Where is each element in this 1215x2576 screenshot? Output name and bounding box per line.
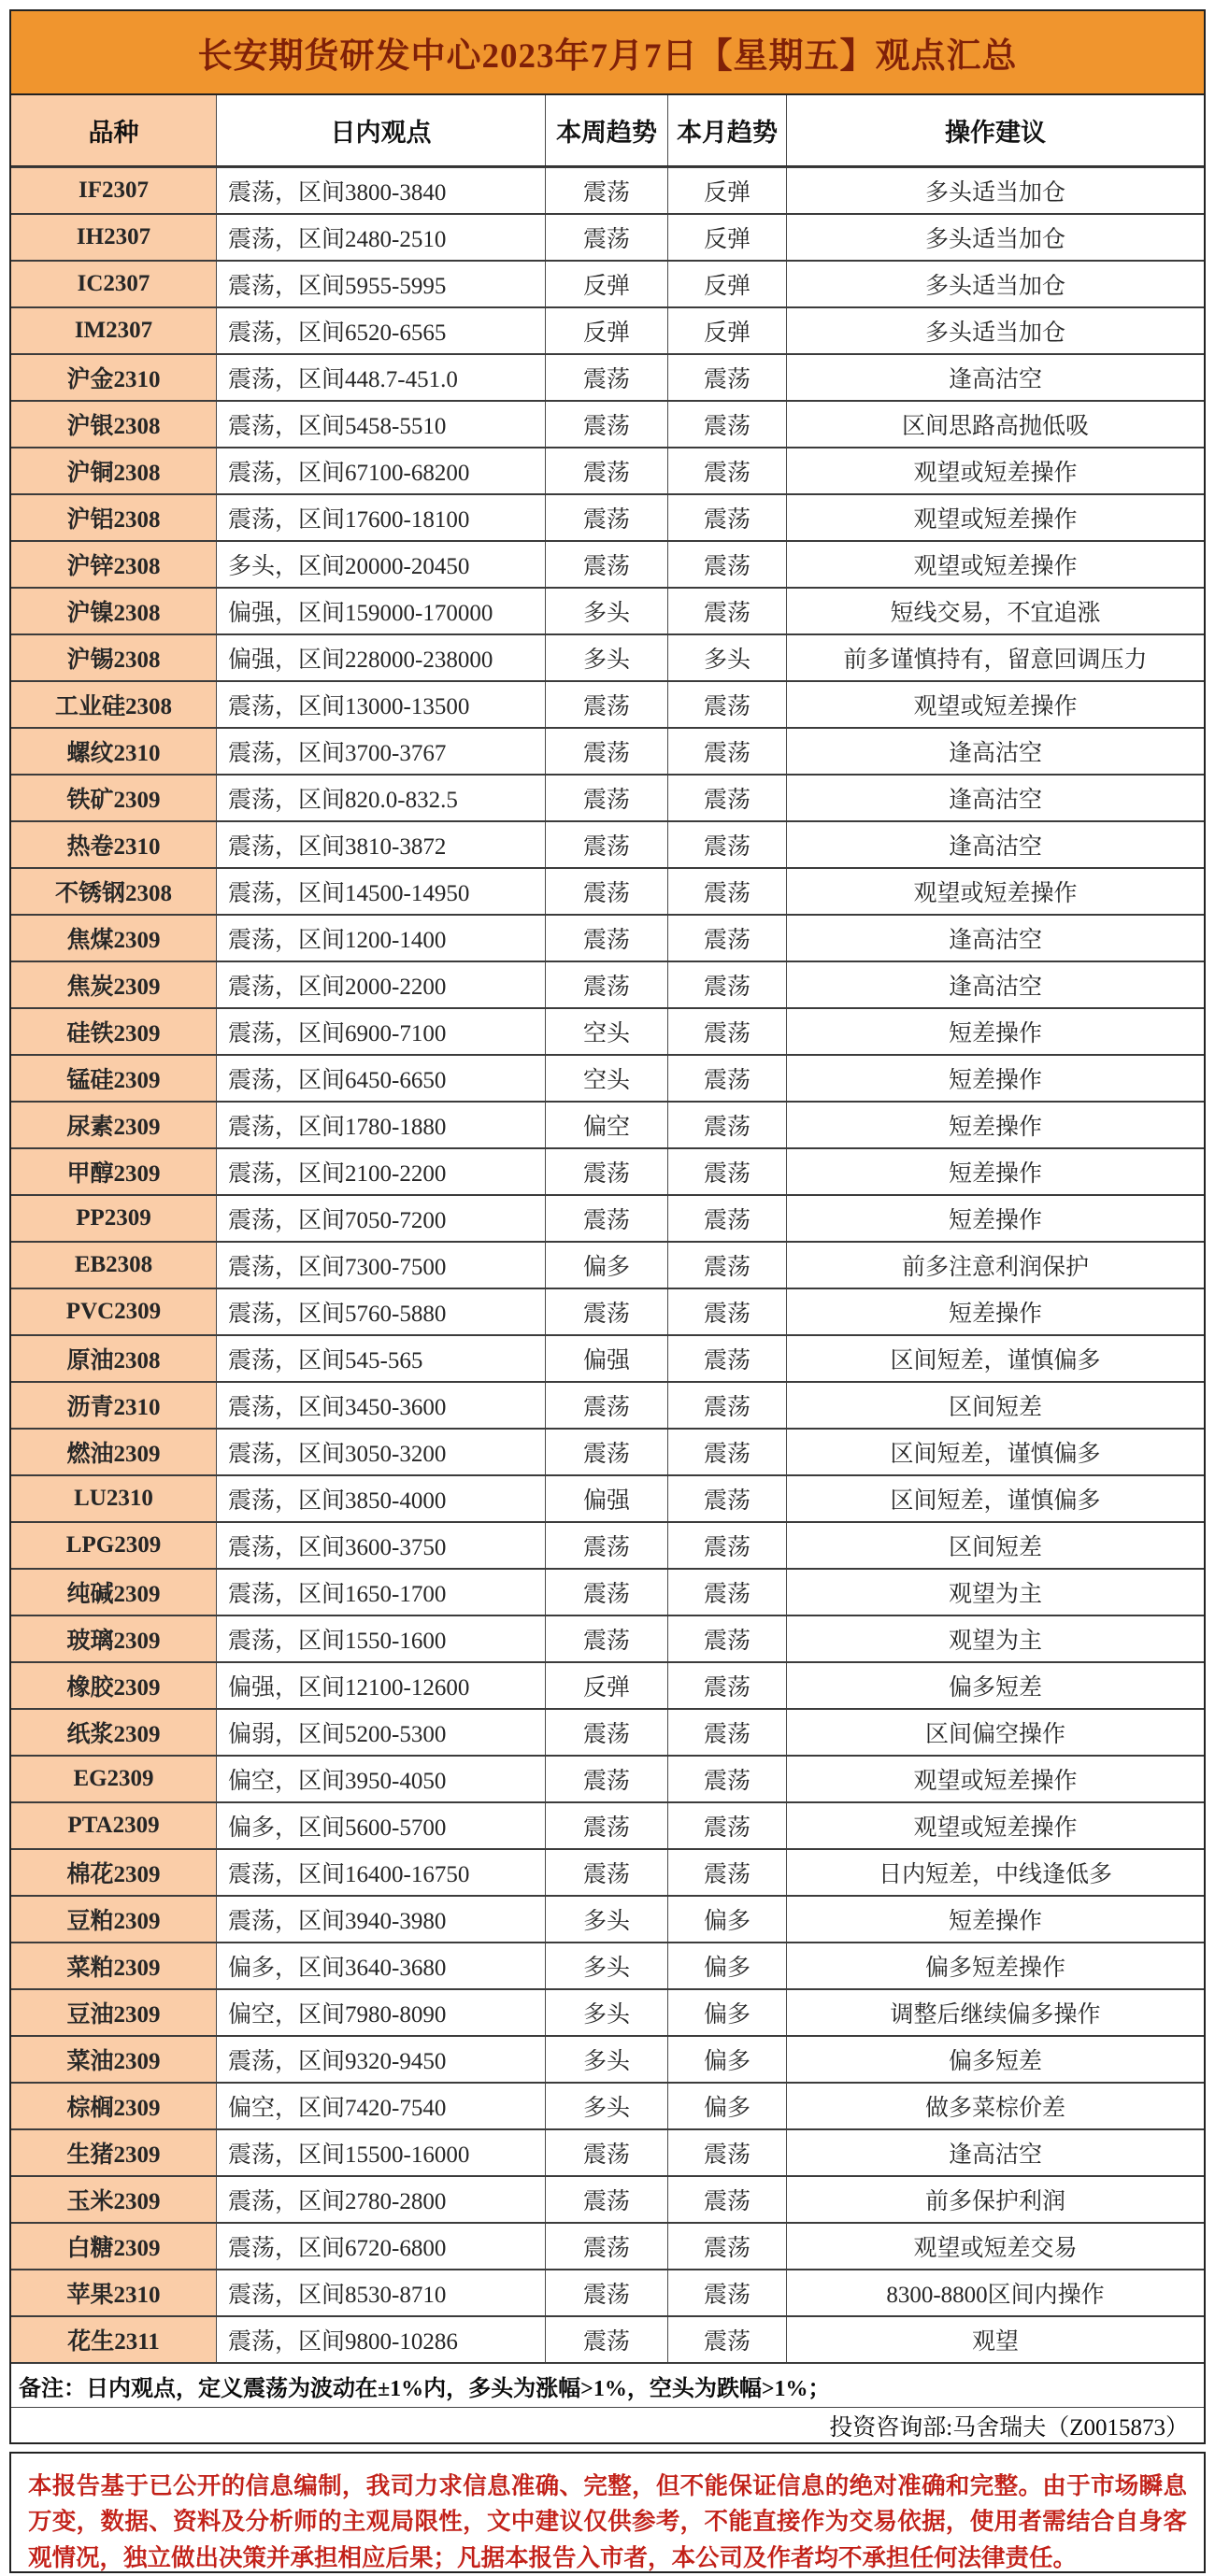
cell-month-trend: 震荡: [667, 1149, 786, 1194]
cell-advice: 逢高沽空: [786, 962, 1204, 1007]
cell-month-trend: 偏多: [667, 1990, 786, 2035]
report-sheet: 长安期货研发中心2023年7月7日【星期五】观点汇总 品种 日内观点 本周趋势 …: [9, 9, 1206, 2573]
analyst-credit-row: 投资咨询部:马舍瑞夫（Z0015873）: [11, 2407, 1204, 2442]
cell-week-trend: 震荡: [545, 1289, 667, 1334]
table-row: PTA2309偏多，区间5600-5700震荡震荡观望或短差操作: [11, 1801, 1204, 1848]
footnote-row: 备注：日内观点，定义震荡为波动在±1%内，多头为涨幅>1%，空头为跌幅>1%；: [11, 2362, 1204, 2407]
cell-intraday-view: 震荡，区间545-565: [216, 1336, 545, 1381]
cell-advice: 短差操作: [786, 1897, 1204, 1942]
table-row: 沪银2308震荡，区间5458-5510震荡震荡区间思路高抛低吸: [11, 400, 1204, 447]
cell-month-trend: 震荡: [667, 729, 786, 774]
cell-advice: 观望或短差操作: [786, 1803, 1204, 1848]
cell-advice: 偏多短差操作: [786, 1943, 1204, 1988]
table-row: 沪金2310震荡，区间448.7-451.0震荡震荡逢高沽空: [11, 353, 1204, 400]
table-row: 原油2308震荡，区间545-565偏强震荡区间短差，谨慎偏多: [11, 1334, 1204, 1381]
table-row: IF2307震荡，区间3800-3840震荡反弹多头适当加仓: [11, 166, 1204, 213]
cell-week-trend: 震荡: [545, 1149, 667, 1194]
cell-variety: 螺纹2310: [11, 729, 216, 774]
cell-week-trend: 震荡: [545, 215, 667, 260]
cell-week-trend: 震荡: [545, 682, 667, 727]
cell-week-trend: 震荡: [545, 962, 667, 1007]
cell-month-trend: 震荡: [667, 2130, 786, 2175]
cell-intraday-view: 偏空，区间7420-7540: [216, 2084, 545, 2128]
cell-week-trend: 多头: [545, 1897, 667, 1942]
cell-month-trend: 震荡: [667, 589, 786, 633]
cell-intraday-view: 震荡，区间3450-3600: [216, 1383, 545, 1428]
cell-intraday-view: 震荡，区间6900-7100: [216, 1009, 545, 1054]
cell-intraday-view: 震荡，区间7300-7500: [216, 1243, 545, 1288]
cell-intraday-view: 偏强，区间12100-12600: [216, 1663, 545, 1708]
cell-variety: 棕榈2309: [11, 2084, 216, 2128]
cell-month-trend: 震荡: [667, 1056, 786, 1101]
cell-intraday-view: 震荡，区间6450-6650: [216, 1056, 545, 1101]
column-header-advice: 操作建议: [786, 95, 1204, 165]
cell-advice: 区间短差: [786, 1383, 1204, 1428]
cell-intraday-view: 震荡，区间3800-3840: [216, 168, 545, 213]
cell-variety: 豆粕2309: [11, 1897, 216, 1942]
table-row: 玻璃2309震荡，区间1550-1600震荡震荡观望为主: [11, 1615, 1204, 1661]
table-row: LPG2309震荡，区间3600-3750震荡震荡区间短差: [11, 1521, 1204, 1568]
cell-intraday-view: 震荡，区间5458-5510: [216, 402, 545, 447]
table-row: 硅铁2309震荡，区间6900-7100空头震荡短差操作: [11, 1007, 1204, 1054]
report-title: 长安期货研发中心2023年7月7日【星期五】观点汇总: [198, 27, 1018, 78]
cell-week-trend: 震荡: [545, 2177, 667, 2222]
cell-intraday-view: 震荡，区间1780-1880: [216, 1103, 545, 1147]
table-row: 焦炭2309震荡，区间2000-2200震荡震荡逢高沽空: [11, 961, 1204, 1007]
cell-month-trend: 震荡: [667, 1570, 786, 1615]
cell-month-trend: 震荡: [667, 1616, 786, 1661]
cell-month-trend: 震荡: [667, 1430, 786, 1474]
cell-week-trend: 反弹: [545, 308, 667, 353]
table-row: PP2309震荡，区间7050-7200震荡震荡短差操作: [11, 1194, 1204, 1241]
cell-week-trend: 震荡: [545, 1383, 667, 1428]
column-header-intraday-view: 日内观点: [216, 95, 545, 165]
cell-week-trend: 震荡: [545, 916, 667, 961]
table-row: 生猪2309震荡，区间15500-16000震荡震荡逢高沽空: [11, 2128, 1204, 2175]
cell-advice: 短线交易，不宜追涨: [786, 589, 1204, 633]
table-row: 纸浆2309偏弱，区间5200-5300震荡震荡区间偏空操作: [11, 1708, 1204, 1755]
cell-week-trend: 偏强: [545, 1476, 667, 1521]
cell-intraday-view: 震荡，区间3810-3872: [216, 822, 545, 867]
cell-variety: 焦煤2309: [11, 916, 216, 961]
cell-intraday-view: 震荡，区间17600-18100: [216, 495, 545, 540]
cell-variety: 沪银2308: [11, 402, 216, 447]
cell-variety: 白糖2309: [11, 2224, 216, 2269]
cell-advice: 逢高沽空: [786, 2130, 1204, 2175]
cell-month-trend: 震荡: [667, 2177, 786, 2222]
cell-week-trend: 偏多: [545, 1243, 667, 1288]
cell-intraday-view: 偏强，区间228000-238000: [216, 635, 545, 680]
cell-advice: 逢高沽空: [786, 729, 1204, 774]
cell-variety: 铁矿2309: [11, 776, 216, 820]
table-row: 沥青2310震荡，区间3450-3600震荡震荡区间短差: [11, 1381, 1204, 1428]
cell-week-trend: 震荡: [545, 822, 667, 867]
cell-variety: IF2307: [11, 168, 216, 213]
cell-month-trend: 震荡: [667, 682, 786, 727]
cell-advice: 短差操作: [786, 1056, 1204, 1101]
cell-intraday-view: 震荡，区间3700-3767: [216, 729, 545, 774]
cell-week-trend: 震荡: [545, 448, 667, 493]
table-row: 纯碱2309震荡，区间1650-1700震荡震荡观望为主: [11, 1568, 1204, 1615]
table-body: IF2307震荡，区间3800-3840震荡反弹多头适当加仓IH2307震荡，区…: [11, 166, 1204, 2362]
cell-variety: EB2308: [11, 1243, 216, 1288]
cell-intraday-view: 偏空，区间7980-8090: [216, 1990, 545, 2035]
cell-variety: 纸浆2309: [11, 1710, 216, 1755]
cell-variety: 尿素2309: [11, 1103, 216, 1147]
cell-intraday-view: 震荡，区间9320-9450: [216, 2037, 545, 2082]
cell-variety: 花生2311: [11, 2317, 216, 2362]
table-row: 甲醇2309震荡，区间2100-2200震荡震荡短差操作: [11, 1147, 1204, 1194]
cell-variety: 硅铁2309: [11, 1009, 216, 1054]
column-header-variety: 品种: [11, 95, 216, 165]
cell-advice: 前多谨慎持有，留意回调压力: [786, 635, 1204, 680]
cell-intraday-view: 震荡，区间14500-14950: [216, 869, 545, 914]
cell-month-trend: 反弹: [667, 308, 786, 353]
disclaimer-text: 本报告基于已公开的信息编制，我司力求信息准确、完整，但不能保证信息的绝对准确和完…: [28, 2469, 1187, 2576]
cell-advice: 区间偏空操作: [786, 1710, 1204, 1755]
cell-month-trend: 反弹: [667, 262, 786, 306]
cell-variety: 玉米2309: [11, 2177, 216, 2222]
table-row: 螺纹2310震荡，区间3700-3767震荡震荡逢高沽空: [11, 727, 1204, 774]
cell-advice: 逢高沽空: [786, 822, 1204, 867]
cell-intraday-view: 震荡，区间1650-1700: [216, 1570, 545, 1615]
title-bar: 长安期货研发中心2023年7月7日【星期五】观点汇总: [11, 11, 1204, 95]
cell-advice: 短差操作: [786, 1009, 1204, 1054]
table-row: 不锈钢2308震荡，区间14500-14950震荡震荡观望或短差操作: [11, 867, 1204, 914]
cell-variety: 苹果2310: [11, 2270, 216, 2315]
cell-advice: 短差操作: [786, 1196, 1204, 1241]
table-row: 橡胶2309偏强，区间12100-12600反弹震荡偏多短差: [11, 1661, 1204, 1708]
cell-month-trend: 震荡: [667, 1757, 786, 1801]
cell-advice: 区间短差，谨慎偏多: [786, 1430, 1204, 1474]
cell-intraday-view: 震荡，区间9800-10286: [216, 2317, 545, 2362]
cell-week-trend: 震荡: [545, 1570, 667, 1615]
cell-advice: 短差操作: [786, 1103, 1204, 1147]
cell-intraday-view: 偏多，区间5600-5700: [216, 1803, 545, 1848]
cell-intraday-view: 震荡，区间3050-3200: [216, 1430, 545, 1474]
cell-advice: 区间短差: [786, 1523, 1204, 1568]
table-row: 苹果2310震荡，区间8530-8710震荡震荡8300-8800区间内操作: [11, 2269, 1204, 2315]
cell-week-trend: 震荡: [545, 168, 667, 213]
cell-week-trend: 震荡: [545, 1196, 667, 1241]
cell-advice: 观望或短差操作: [786, 1757, 1204, 1801]
cell-week-trend: 震荡: [545, 1850, 667, 1895]
cell-variety: 橡胶2309: [11, 1663, 216, 1708]
cell-variety: 工业硅2308: [11, 682, 216, 727]
footnote-text: 备注：日内观点，定义震荡为波动在±1%内，多头为涨幅>1%，空头为跌幅>1%；: [19, 2370, 831, 2402]
cell-advice: 多头适当加仓: [786, 168, 1204, 213]
cell-advice: 观望或短差交易: [786, 2224, 1204, 2269]
cell-variety: LU2310: [11, 1476, 216, 1521]
cell-month-trend: 震荡: [667, 1710, 786, 1755]
table-row: EB2308震荡，区间7300-7500偏多震荡前多注意利润保护: [11, 1241, 1204, 1288]
cell-intraday-view: 偏弱，区间5200-5300: [216, 1710, 545, 1755]
cell-variety: 菜油2309: [11, 2037, 216, 2082]
cell-week-trend: 多头: [545, 635, 667, 680]
cell-intraday-view: 震荡，区间16400-16750: [216, 1850, 545, 1895]
cell-variety: 沥青2310: [11, 1383, 216, 1428]
cell-month-trend: 反弹: [667, 168, 786, 213]
cell-week-trend: 震荡: [545, 729, 667, 774]
table-row: EG2309偏空，区间3950-4050震荡震荡观望或短差操作: [11, 1755, 1204, 1801]
cell-advice: 前多保护利润: [786, 2177, 1204, 2222]
cell-month-trend: 偏多: [667, 2084, 786, 2128]
cell-variety: 焦炭2309: [11, 962, 216, 1007]
cell-week-trend: 震荡: [545, 869, 667, 914]
cell-week-trend: 震荡: [545, 2130, 667, 2175]
cell-advice: 观望: [786, 2317, 1204, 2362]
table-row: 菜油2309震荡，区间9320-9450多头偏多偏多短差: [11, 2035, 1204, 2082]
cell-month-trend: 震荡: [667, 495, 786, 540]
cell-variety: 玻璃2309: [11, 1616, 216, 1661]
table-row: 铁矿2309震荡，区间820.0-832.5震荡震荡逢高沽空: [11, 774, 1204, 820]
table-row: 沪铜2308震荡，区间67100-68200震荡震荡观望或短差操作: [11, 447, 1204, 493]
table-row: PVC2309震荡，区间5760-5880震荡震荡短差操作: [11, 1288, 1204, 1334]
cell-intraday-view: 震荡，区间2100-2200: [216, 1149, 545, 1194]
cell-variety: 豆油2309: [11, 1990, 216, 2035]
cell-advice: 逢高沽空: [786, 776, 1204, 820]
cell-week-trend: 震荡: [545, 355, 667, 400]
table-row: 热卷2310震荡，区间3810-3872震荡震荡逢高沽空: [11, 820, 1204, 867]
cell-advice: 逢高沽空: [786, 916, 1204, 961]
cell-advice: 观望为主: [786, 1616, 1204, 1661]
cell-intraday-view: 偏强，区间159000-170000: [216, 589, 545, 633]
cell-week-trend: 震荡: [545, 1523, 667, 1568]
cell-advice: 观望或短差操作: [786, 542, 1204, 587]
cell-variety: IH2307: [11, 215, 216, 260]
cell-variety: PVC2309: [11, 1289, 216, 1334]
column-header-month-trend: 本月趋势: [667, 95, 786, 165]
cell-intraday-view: 多头，区间20000-20450: [216, 542, 545, 587]
cell-advice: 多头适当加仓: [786, 215, 1204, 260]
cell-advice: 短差操作: [786, 1149, 1204, 1194]
cell-month-trend: 震荡: [667, 776, 786, 820]
cell-week-trend: 震荡: [545, 542, 667, 587]
cell-advice: 前多注意利润保护: [786, 1243, 1204, 1288]
cell-intraday-view: 震荡，区间1550-1600: [216, 1616, 545, 1661]
cell-month-trend: 震荡: [667, 355, 786, 400]
cell-intraday-view: 震荡，区间5955-5995: [216, 262, 545, 306]
table-row: 豆油2309偏空，区间7980-8090多头偏多调整后继续偏多操作: [11, 1988, 1204, 2035]
table-row: 棕榈2309偏空，区间7420-7540多头偏多做多菜棕价差: [11, 2082, 1204, 2128]
cell-intraday-view: 震荡，区间6720-6800: [216, 2224, 545, 2269]
cell-week-trend: 震荡: [545, 1616, 667, 1661]
cell-month-trend: 震荡: [667, 402, 786, 447]
table-row: 棉花2309震荡，区间16400-16750震荡震荡日内短差，中线逢低多: [11, 1848, 1204, 1895]
cell-month-trend: 震荡: [667, 448, 786, 493]
cell-intraday-view: 震荡，区间8530-8710: [216, 2270, 545, 2315]
cell-intraday-view: 震荡，区间13000-13500: [216, 682, 545, 727]
cell-advice: 区间短差，谨慎偏多: [786, 1336, 1204, 1381]
cell-month-trend: 震荡: [667, 916, 786, 961]
cell-advice: 偏多短差: [786, 1663, 1204, 1708]
cell-intraday-view: 震荡，区间3600-3750: [216, 1523, 545, 1568]
cell-week-trend: 多头: [545, 2084, 667, 2128]
cell-month-trend: 震荡: [667, 962, 786, 1007]
cell-week-trend: 多头: [545, 1943, 667, 1988]
cell-week-trend: 震荡: [545, 2317, 667, 2362]
cell-variety: 沪镍2308: [11, 589, 216, 633]
table-row: 沪锡2308偏强，区间228000-238000多头多头前多谨慎持有，留意回调压…: [11, 633, 1204, 680]
cell-advice: 逢高沽空: [786, 355, 1204, 400]
table-row: 尿素2309震荡，区间1780-1880偏空震荡短差操作: [11, 1101, 1204, 1147]
cell-month-trend: 震荡: [667, 1383, 786, 1428]
cell-intraday-view: 震荡，区间5760-5880: [216, 1289, 545, 1334]
cell-advice: 8300-8800区间内操作: [786, 2270, 1204, 2315]
table-row: 菜粕2309偏多，区间3640-3680多头偏多偏多短差操作: [11, 1942, 1204, 1988]
cell-variety: 锰硅2309: [11, 1056, 216, 1101]
cell-advice: 多头适当加仓: [786, 308, 1204, 353]
cell-month-trend: 震荡: [667, 1196, 786, 1241]
cell-variety: 棉花2309: [11, 1850, 216, 1895]
cell-month-trend: 震荡: [667, 542, 786, 587]
cell-intraday-view: 震荡，区间2780-2800: [216, 2177, 545, 2222]
cell-advice: 观望或短差操作: [786, 495, 1204, 540]
table-row: 花生2311震荡，区间9800-10286震荡震荡观望: [11, 2315, 1204, 2362]
cell-week-trend: 多头: [545, 589, 667, 633]
cell-advice: 区间短差，谨慎偏多: [786, 1476, 1204, 1521]
cell-month-trend: 震荡: [667, 1243, 786, 1288]
cell-month-trend: 震荡: [667, 869, 786, 914]
cell-intraday-view: 震荡，区间2480-2510: [216, 215, 545, 260]
table-row: 沪锌2308多头，区间20000-20450震荡震荡观望或短差操作: [11, 540, 1204, 587]
cell-advice: 日内短差，中线逢低多: [786, 1850, 1204, 1895]
cell-week-trend: 震荡: [545, 2270, 667, 2315]
cell-intraday-view: 震荡，区间15500-16000: [216, 2130, 545, 2175]
cell-month-trend: 偏多: [667, 1897, 786, 1942]
cell-week-trend: 震荡: [545, 1803, 667, 1848]
cell-advice: 观望或短差操作: [786, 682, 1204, 727]
cell-month-trend: 震荡: [667, 2270, 786, 2315]
cell-week-trend: 震荡: [545, 776, 667, 820]
cell-advice: 偏多短差: [786, 2037, 1204, 2082]
cell-variety: 生猪2309: [11, 2130, 216, 2175]
cell-week-trend: 多头: [545, 2037, 667, 2082]
cell-variety: IC2307: [11, 262, 216, 306]
cell-week-trend: 震荡: [545, 1757, 667, 1801]
table-header-row: 品种 日内观点 本周趋势 本月趋势 操作建议: [11, 95, 1204, 166]
table-row: 豆粕2309震荡，区间3940-3980多头偏多短差操作: [11, 1895, 1204, 1942]
cell-month-trend: 震荡: [667, 1850, 786, 1895]
table-row: 沪镍2308偏强，区间159000-170000多头震荡短线交易，不宜追涨: [11, 587, 1204, 633]
cell-variety: LPG2309: [11, 1523, 216, 1568]
cell-month-trend: 震荡: [667, 2224, 786, 2269]
cell-variety: 热卷2310: [11, 822, 216, 867]
cell-advice: 观望为主: [786, 1570, 1204, 1615]
cell-week-trend: 多头: [545, 1990, 667, 2035]
cell-week-trend: 震荡: [545, 402, 667, 447]
cell-week-trend: 反弹: [545, 1663, 667, 1708]
cell-advice: 多头适当加仓: [786, 262, 1204, 306]
disclaimer-box: 本报告基于已公开的信息编制，我司力求信息准确、完整，但不能保证信息的绝对准确和完…: [9, 2452, 1206, 2573]
cell-month-trend: 反弹: [667, 215, 786, 260]
cell-advice: 做多菜棕价差: [786, 2084, 1204, 2128]
analyst-credit-text: 投资咨询部:马舍瑞夫（Z0015873）: [829, 2409, 1189, 2442]
cell-intraday-view: 震荡，区间3850-4000: [216, 1476, 545, 1521]
table-row: 锰硅2309震荡，区间6450-6650空头震荡短差操作: [11, 1054, 1204, 1101]
cell-variety: 原油2308: [11, 1336, 216, 1381]
cell-variety: 沪铜2308: [11, 448, 216, 493]
cell-variety: 沪锡2308: [11, 635, 216, 680]
cell-variety: 沪铝2308: [11, 495, 216, 540]
cell-week-trend: 空头: [545, 1009, 667, 1054]
cell-intraday-view: 震荡，区间3940-3980: [216, 1897, 545, 1942]
cell-intraday-view: 震荡，区间448.7-451.0: [216, 355, 545, 400]
cell-month-trend: 多头: [667, 635, 786, 680]
cell-variety: 燃油2309: [11, 1430, 216, 1474]
table-row: 焦煤2309震荡，区间1200-1400震荡震荡逢高沽空: [11, 914, 1204, 961]
cell-variety: EG2309: [11, 1757, 216, 1801]
cell-month-trend: 震荡: [667, 1663, 786, 1708]
table-row: IM2307震荡，区间6520-6565反弹反弹多头适当加仓: [11, 306, 1204, 353]
cell-variety: 沪锌2308: [11, 542, 216, 587]
table-row: 沪铝2308震荡，区间17600-18100震荡震荡观望或短差操作: [11, 493, 1204, 540]
table-row: 白糖2309震荡，区间6720-6800震荡震荡观望或短差交易: [11, 2222, 1204, 2269]
cell-week-trend: 震荡: [545, 495, 667, 540]
cell-week-trend: 震荡: [545, 2224, 667, 2269]
cell-intraday-view: 偏多，区间3640-3680: [216, 1943, 545, 1988]
cell-variety: PTA2309: [11, 1803, 216, 1848]
cell-intraday-view: 震荡，区间67100-68200: [216, 448, 545, 493]
cell-month-trend: 震荡: [667, 1289, 786, 1334]
cell-intraday-view: 震荡，区间7050-7200: [216, 1196, 545, 1241]
cell-variety: 沪金2310: [11, 355, 216, 400]
cell-variety: 甲醇2309: [11, 1149, 216, 1194]
cell-intraday-view: 震荡，区间1200-1400: [216, 916, 545, 961]
cell-intraday-view: 震荡，区间6520-6565: [216, 308, 545, 353]
cell-variety: PP2309: [11, 1196, 216, 1241]
cell-month-trend: 偏多: [667, 2037, 786, 2082]
cell-month-trend: 震荡: [667, 1803, 786, 1848]
cell-month-trend: 震荡: [667, 1009, 786, 1054]
cell-month-trend: 震荡: [667, 822, 786, 867]
cell-week-trend: 偏强: [545, 1336, 667, 1381]
cell-variety: 纯碱2309: [11, 1570, 216, 1615]
opinion-summary-table: 长安期货研发中心2023年7月7日【星期五】观点汇总 品种 日内观点 本周趋势 …: [9, 9, 1206, 2444]
cell-month-trend: 震荡: [667, 2317, 786, 2362]
table-row: IC2307震荡，区间5955-5995反弹反弹多头适当加仓: [11, 260, 1204, 306]
table-row: 工业硅2308震荡，区间13000-13500震荡震荡观望或短差操作: [11, 680, 1204, 727]
cell-advice: 调整后继续偏多操作: [786, 1990, 1204, 2035]
cell-advice: 观望或短差操作: [786, 869, 1204, 914]
table-row: IH2307震荡，区间2480-2510震荡反弹多头适当加仓: [11, 213, 1204, 260]
cell-week-trend: 偏空: [545, 1103, 667, 1147]
table-row: 玉米2309震荡，区间2780-2800震荡震荡前多保护利润: [11, 2175, 1204, 2222]
cell-month-trend: 震荡: [667, 1336, 786, 1381]
cell-intraday-view: 震荡，区间820.0-832.5: [216, 776, 545, 820]
cell-week-trend: 反弹: [545, 262, 667, 306]
cell-variety: 菜粕2309: [11, 1943, 216, 1988]
table-row: 燃油2309震荡，区间3050-3200震荡震荡区间短差，谨慎偏多: [11, 1428, 1204, 1474]
cell-advice: 观望或短差操作: [786, 448, 1204, 493]
cell-intraday-view: 震荡，区间2000-2200: [216, 962, 545, 1007]
cell-month-trend: 震荡: [667, 1103, 786, 1147]
cell-month-trend: 震荡: [667, 1476, 786, 1521]
cell-month-trend: 偏多: [667, 1943, 786, 1988]
cell-week-trend: 震荡: [545, 1710, 667, 1755]
cell-advice: 短差操作: [786, 1289, 1204, 1334]
table-row: LU2310震荡，区间3850-4000偏强震荡区间短差，谨慎偏多: [11, 1474, 1204, 1521]
cell-month-trend: 震荡: [667, 1523, 786, 1568]
column-header-week-trend: 本周趋势: [545, 95, 667, 165]
cell-intraday-view: 偏空，区间3950-4050: [216, 1757, 545, 1801]
cell-variety: IM2307: [11, 308, 216, 353]
cell-week-trend: 空头: [545, 1056, 667, 1101]
cell-week-trend: 震荡: [545, 1430, 667, 1474]
cell-variety: 不锈钢2308: [11, 869, 216, 914]
cell-advice: 区间思路高抛低吸: [786, 402, 1204, 447]
